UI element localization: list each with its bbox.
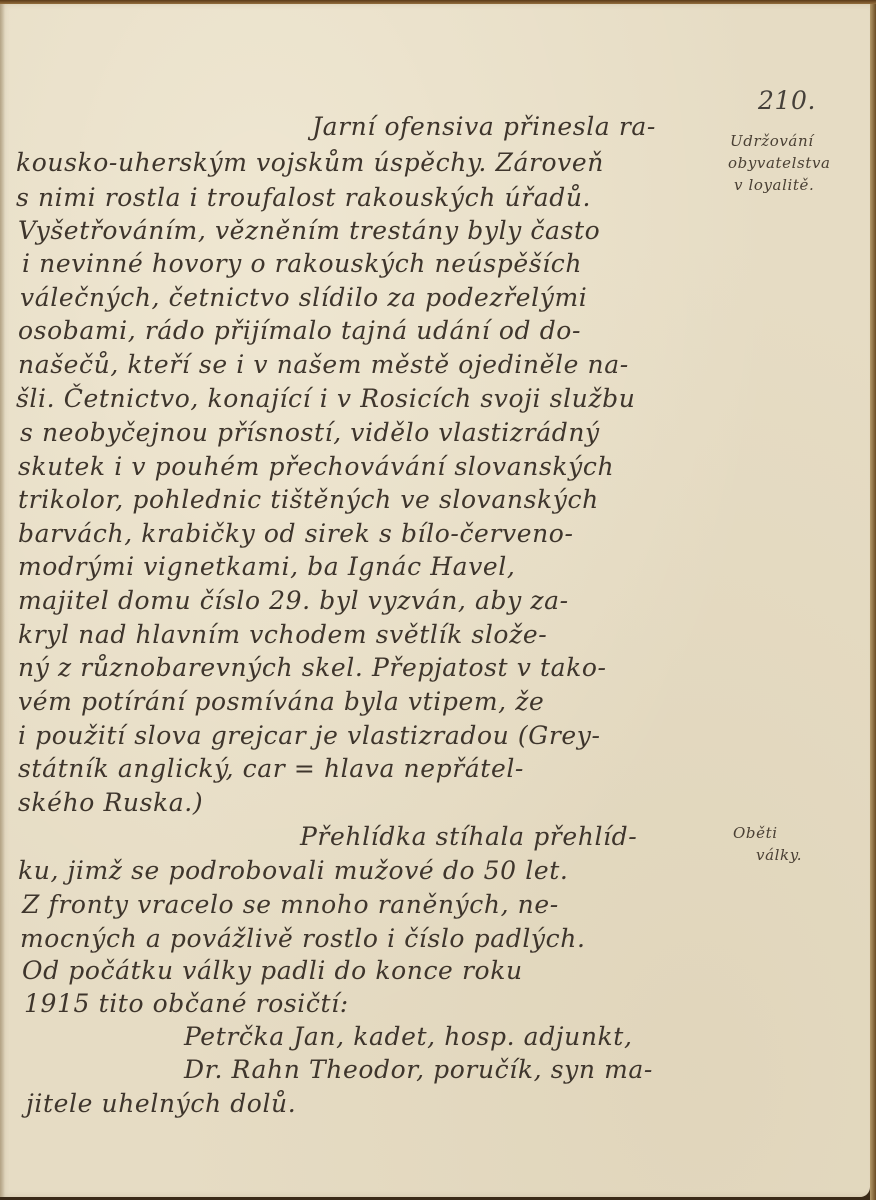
body-line: i použití slova grejcar je vlastizradou … bbox=[18, 721, 601, 751]
body-line: modrými vignetkami, ba Ignác Havel, bbox=[18, 552, 515, 582]
body-line: kousko-uherským vojskům úspěchy. Zároveň bbox=[16, 148, 604, 178]
body-line: válečných, četnictvo slídilo za podezřel… bbox=[20, 283, 587, 313]
body-line: Z fronty vracelo se mnoho raněných, ne- bbox=[22, 890, 559, 920]
body-line: osobami, rádo přijímalo tajná udání od d… bbox=[18, 316, 581, 346]
binding-gutter bbox=[0, 4, 5, 1197]
body-line: Dr. Rahn Theodor, poručík, syn ma- bbox=[184, 1055, 653, 1085]
body-line: Petrčka Jan, kadet, hosp. adjunkt, bbox=[184, 1022, 633, 1052]
body-line: skutek i v pouhém přechovávání slovanský… bbox=[18, 452, 614, 482]
chronicle-page: 210. Udržování obyvatelstva v loyalitě. … bbox=[0, 4, 870, 1197]
body-line: šli. Četnictvo, konající i v Rosicích sv… bbox=[16, 384, 635, 414]
body-line: ný z různobarevných skel. Přepjatost v t… bbox=[18, 653, 607, 683]
body-line: ského Ruska.) bbox=[18, 788, 203, 818]
body-line: s neobyčejnou přísností, vidělo vlastizr… bbox=[20, 418, 600, 448]
body-line: barvách, krabičky od sirek s bílo-červen… bbox=[18, 519, 574, 549]
body-line: majitel domu číslo 29. byl vyzván, aby z… bbox=[18, 586, 569, 616]
margin-note-loyalty-line-1: Udržování bbox=[730, 132, 814, 151]
margin-note-war-victims-line-1: Oběti bbox=[733, 824, 778, 843]
body-line: Vyšetřováním, vězněním trestány byly čas… bbox=[18, 216, 600, 246]
body-line: 1915 tito občané rosičtí: bbox=[24, 989, 349, 1019]
body-line: Přehlídka stíhala přehlíd- bbox=[300, 822, 637, 852]
margin-note-loyalty-line-3: v loyalitě. bbox=[734, 176, 814, 195]
body-line: jitele uhelných dolů. bbox=[26, 1089, 296, 1119]
body-line: ku, jimž se podrobovali mužové do 50 let… bbox=[18, 856, 568, 886]
body-line: státník anglický, car = hlava nepřátel- bbox=[18, 754, 524, 784]
body-line: trikolor, pohlednic tištěných ve slovans… bbox=[18, 485, 599, 515]
body-line: Od počátku války padli do konce roku bbox=[22, 956, 523, 986]
page-right-edge bbox=[870, 4, 876, 1200]
margin-note-war-victims-line-2: války. bbox=[756, 846, 802, 865]
body-line: s nimi rostla i troufalost rakouských úř… bbox=[16, 183, 591, 213]
body-line: Jarní ofensiva přinesla ra- bbox=[312, 112, 656, 142]
body-line: našečů, kteří se i v našem městě ojedině… bbox=[18, 350, 629, 380]
body-line: mocných a povážlivě rostlo i číslo padlý… bbox=[20, 924, 586, 954]
margin-note-loyalty-line-2: obyvatelstva bbox=[728, 154, 831, 173]
body-line: i nevinné hovory o rakouských neúspěších bbox=[22, 249, 582, 279]
body-line: vém potírání posmívána byla vtipem, že bbox=[18, 687, 544, 717]
page-number: 210. bbox=[758, 86, 816, 115]
body-line: kryl nad hlavním vchodem světlík slože- bbox=[18, 620, 547, 650]
